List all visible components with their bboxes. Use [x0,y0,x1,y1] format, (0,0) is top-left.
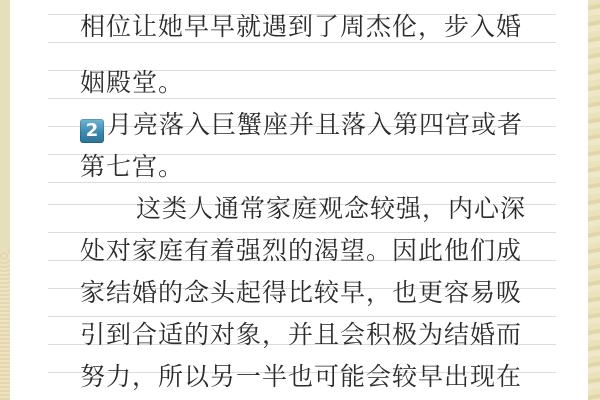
text-line: 处对家庭有着强烈的渴望。因此他们成 [80,237,522,265]
text-line: 第七宫。 [80,153,184,181]
number-2-keycap-icon: 2 [80,119,104,143]
ruled-line [48,316,556,317]
ruled-line [48,98,556,99]
ruled-line [48,232,556,233]
text-line: 家结婚的念头起得比较早，也更容易吸 [80,279,522,307]
heading-text: 月亮落入巨蟹座并且落入第四宫或者 [107,110,523,139]
parchment-border-left [0,0,10,400]
parchment-border-right [588,0,600,400]
text-line-indented: 这类人通常家庭观念较强，内心深 [136,195,526,223]
text-line: 2月亮落入巨蟹座并且落入第四宫或者 [80,111,523,139]
text-line: 引到合适的对象，并且会积极为结婚而 [80,321,522,349]
text-line: 姻殿堂。 [80,69,184,97]
note-page: 相位让她早早就遇到了周杰伦，步入婚 姻殿堂。 2月亮落入巨蟹座并且落入第四宫或者… [10,0,588,400]
text-line: 努力，所以另一半也可能会较早出现在 [80,363,522,391]
ruled-line [48,42,556,43]
ruled-line [48,182,556,183]
text-line: 相位让她早早就遇到了周杰伦，步入婚 [80,13,522,41]
